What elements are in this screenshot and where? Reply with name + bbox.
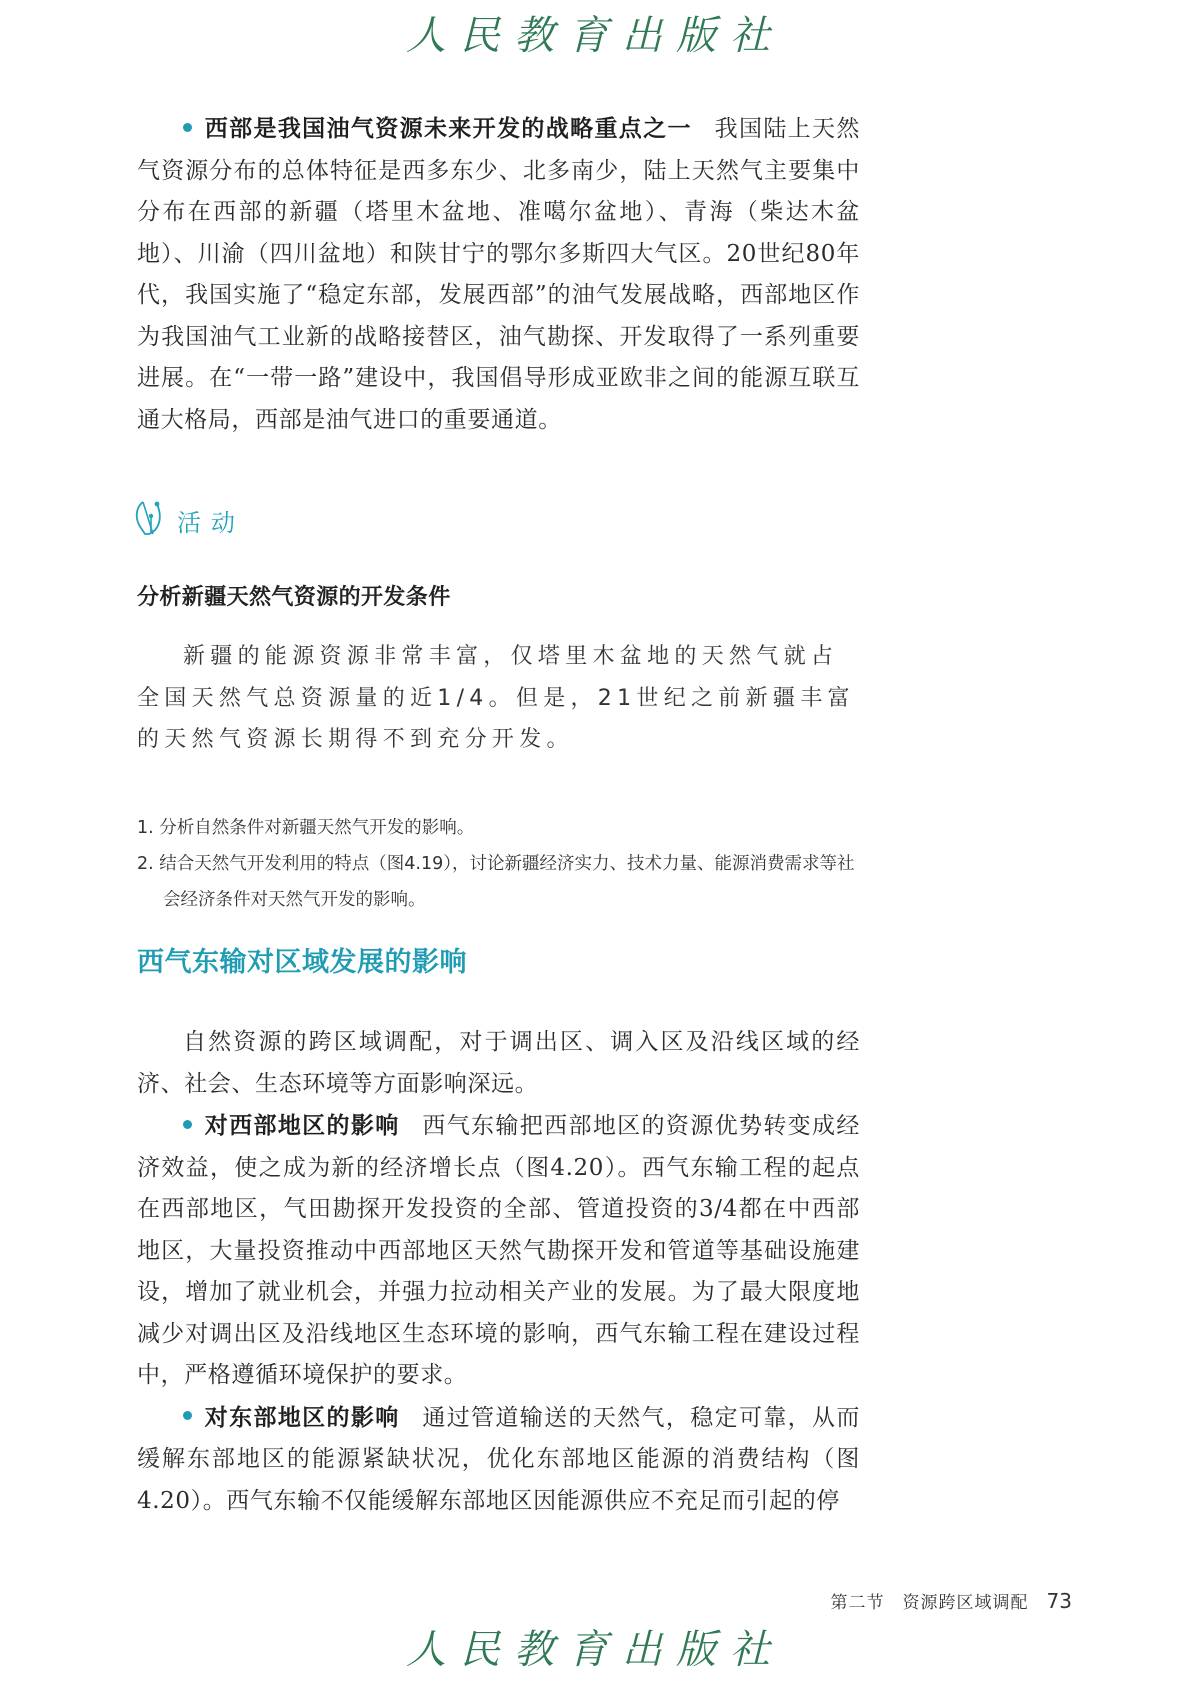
- page-number: 73: [1047, 1589, 1072, 1613]
- bullet-icon: [183, 1120, 192, 1129]
- publisher-logo-text: 人民教育出版社: [406, 1627, 784, 1673]
- bullet-title: 对西部地区的影响: [204, 1112, 400, 1139]
- section-heading: 西气东输对区域发展的影响: [137, 940, 467, 979]
- activity-questions: 1. 分析自然条件对新疆天然气开发的影响。 2. 结合天然气开发利用的特点（图4…: [137, 810, 860, 918]
- question-item: 1. 分析自然条件对新疆天然气开发的影响。: [137, 810, 860, 846]
- bullet-title: 西部是我国油气资源未来开发的战略重点之一: [204, 115, 692, 142]
- activity-title: 分析新疆天然气资源的开发条件: [137, 580, 451, 611]
- paragraph-west-impact: 对西部地区的影响西气东输把西部地区的资源优势转变成经济效益，使之成为新的经济增长…: [137, 1105, 860, 1397]
- paragraph-body: 西气东输把西部地区的资源优势转变成经济效益，使之成为新的经济增长点（图4.20）…: [137, 1113, 860, 1388]
- section-impact-body: 自然资源的跨区域调配，对于调出区、调入区及沿线区域的经济、社会、生态环境等方面影…: [137, 1022, 860, 1522]
- activity-label: 活动: [177, 503, 245, 538]
- activity-header: 活动: [133, 498, 245, 542]
- paragraph-east-impact: 对东部地区的影响通过管道输送的天然气，稳定可靠，从而缓解东部地区的能源紧缺状况，…: [137, 1397, 860, 1523]
- paragraph-intro: 自然资源的跨区域调配，对于调出区、调入区及沿线区域的经济、社会、生态环境等方面影…: [137, 1022, 860, 1105]
- paragraph-body: 我国陆上天然气资源分布的总体特征是西多东少、北多南少，陆上天然气主要集中分布在西…: [137, 116, 860, 433]
- chapter-title: 第二节 资源跨区域调配: [831, 1593, 1029, 1613]
- page-footer: 第二节 资源跨区域调配73: [831, 1588, 1072, 1613]
- paragraph-west-strategy: 西部是我国油气资源未来开发的战略重点之一我国陆上天然气资源分布的总体特征是西多东…: [137, 108, 860, 441]
- bullet-title: 对东部地区的影响: [204, 1404, 400, 1431]
- activity-icon: [133, 498, 169, 542]
- activity-intro: 新疆的能源资源非常丰富，仅塔里木盆地的天然气就占全国天然气总资源量的近1/4。但…: [137, 636, 860, 761]
- publisher-logo-bottom: 人民教育出版社: [0, 1618, 1190, 1675]
- publisher-logo-top: 人民教育出版社: [0, 4, 1190, 61]
- bullet-icon: [183, 123, 192, 132]
- question-item: 2. 结合天然气开发利用的特点（图4.19），讨论新疆经济实力、技术力量、能源消…: [137, 846, 860, 918]
- section-west-strategy: 西部是我国油气资源未来开发的战略重点之一我国陆上天然气资源分布的总体特征是西多东…: [137, 108, 860, 441]
- bullet-icon: [183, 1411, 192, 1420]
- publisher-logo-text: 人民教育出版社: [406, 13, 784, 59]
